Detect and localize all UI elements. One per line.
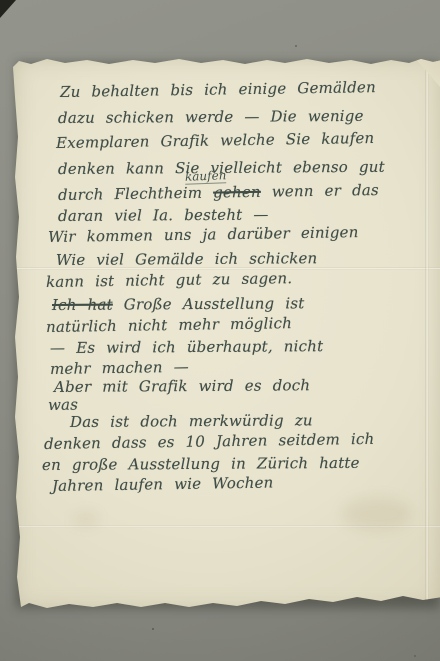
handwriting-line-16: Das ist doch merkwürdig zu — [70, 412, 313, 430]
photo-dark-corner — [0, 0, 16, 18]
paper-stain — [342, 497, 412, 531]
handwriting-line-11: natürlich nicht mehr möglich — [46, 315, 292, 335]
letter-paper: Zu behalten bis ich einige Gemälden dazu… — [13, 57, 440, 610]
handwriting-line-7: Wir kommen uns ja darüber einigen — [48, 224, 359, 245]
handwriting-line-13: mehr machen — — [50, 359, 189, 377]
handwriting-line-6: daran viel Ia. besteht — — [58, 207, 269, 224]
struck-out-word: gehen — [213, 183, 261, 202]
handwriting-line-1: Zu behalten bis ich einige Gemälden — [60, 79, 376, 100]
handwriting-line-14: Aber mit Grafik wird es doch — [54, 377, 310, 395]
handwriting-line-3: Exemplaren Grafik welche Sie kaufen — [56, 130, 375, 151]
handwriting-line-10: Ich hat Große Ausstellung ist — [52, 295, 305, 313]
handwriting-line-17: denken dass es 10 Jahren seitdem ich — [44, 431, 375, 452]
inserted-word-above-line: kaufen — [185, 168, 227, 184]
vertical-fold-crease — [425, 61, 429, 606]
handwriting-line-9: kann ist nicht gut zu sagen. — [46, 270, 293, 290]
paper-stain — [73, 512, 99, 526]
handwriting-line-15: was — [48, 397, 78, 413]
handwriting-line-2: dazu schicken werde — Die wenige — [58, 108, 364, 126]
dust-specks — [152, 628, 154, 630]
handwriting-line-5: durch Flechtheim gehen wenn er das — [58, 182, 379, 203]
horizontal-fold-crease-lower — [13, 525, 440, 528]
photograph-of-letter: Zu behalten bis ich einige Gemälden dazu… — [0, 0, 440, 661]
struck-out-phrase: Ich hat — [52, 296, 113, 314]
line-5-segment: wenn er das — [272, 181, 379, 201]
handwriting-line-8: Wie viel Gemälde ich schicken — [56, 250, 318, 268]
handwriting-line-18: en große Ausstellung in Zürich hatte — [42, 455, 360, 473]
line-5-segment: durch Flechtheim — [58, 184, 202, 204]
handwriting-line-12: — Es wird ich überhaupt, nicht — [50, 338, 323, 356]
top-right-corner-fold — [414, 57, 440, 89]
line-10-segment: Große Ausstellung ist — [124, 294, 305, 313]
handwriting-line-19: Jahren laufen wie Wochen — [52, 475, 274, 494]
